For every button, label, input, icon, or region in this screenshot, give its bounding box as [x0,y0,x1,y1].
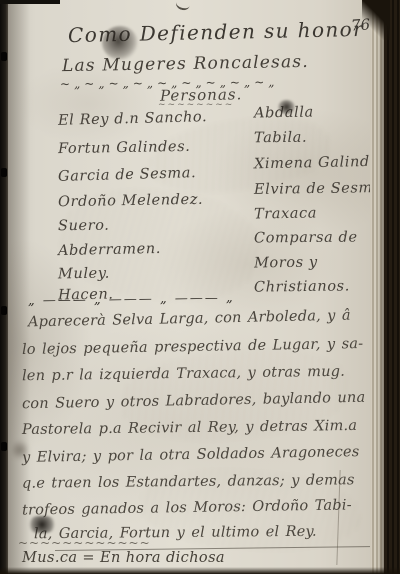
binding-shadow [8,0,30,574]
cast-right-item: Ximena Galindes [254,154,387,173]
section-divider: „ ——— „ ——— „ ——— „ [28,291,235,309]
page-edge-dark [384,0,400,574]
cast-right-item: Christianos. [254,278,350,295]
manuscript-scan: 76 Como Defienden su honor Las Mugeres R… [0,0,400,574]
ink-blot [28,516,56,533]
cast-left-item: Abderramen. [58,241,161,259]
cast-right-item: Elvira de Sesma [254,180,382,198]
corner-shadow [362,0,390,40]
ink-blot [102,26,138,60]
ink-blot [278,100,295,114]
binding-stitch [1,442,7,451]
cast-right-item: Tabila. [254,130,307,147]
cast-right-item: Traxaca [254,205,317,222]
cast-left-item: Ordoño Melendez. [58,192,203,211]
binding-stitch [1,306,7,315]
cast-right-item: Moros y [254,254,318,271]
cast-left-item: Suero. [58,218,110,235]
binding-strip [0,0,8,574]
binding-stitch [1,52,7,61]
end-squiggle: ~~~~~~~~~~~~ [18,536,151,550]
bottom-edge-shadow [0,567,400,574]
music-cue: Mus.ca = En hora dichosa [22,550,225,566]
top-edge-sliver [0,0,60,4]
cast-left-item: Fortun Galindes. [58,139,191,157]
cast-right-item: Comparsa de [254,230,358,247]
page-edge-stack [370,0,384,574]
cast-left-item: Muley. [58,266,110,283]
binding-stitch [1,168,7,177]
